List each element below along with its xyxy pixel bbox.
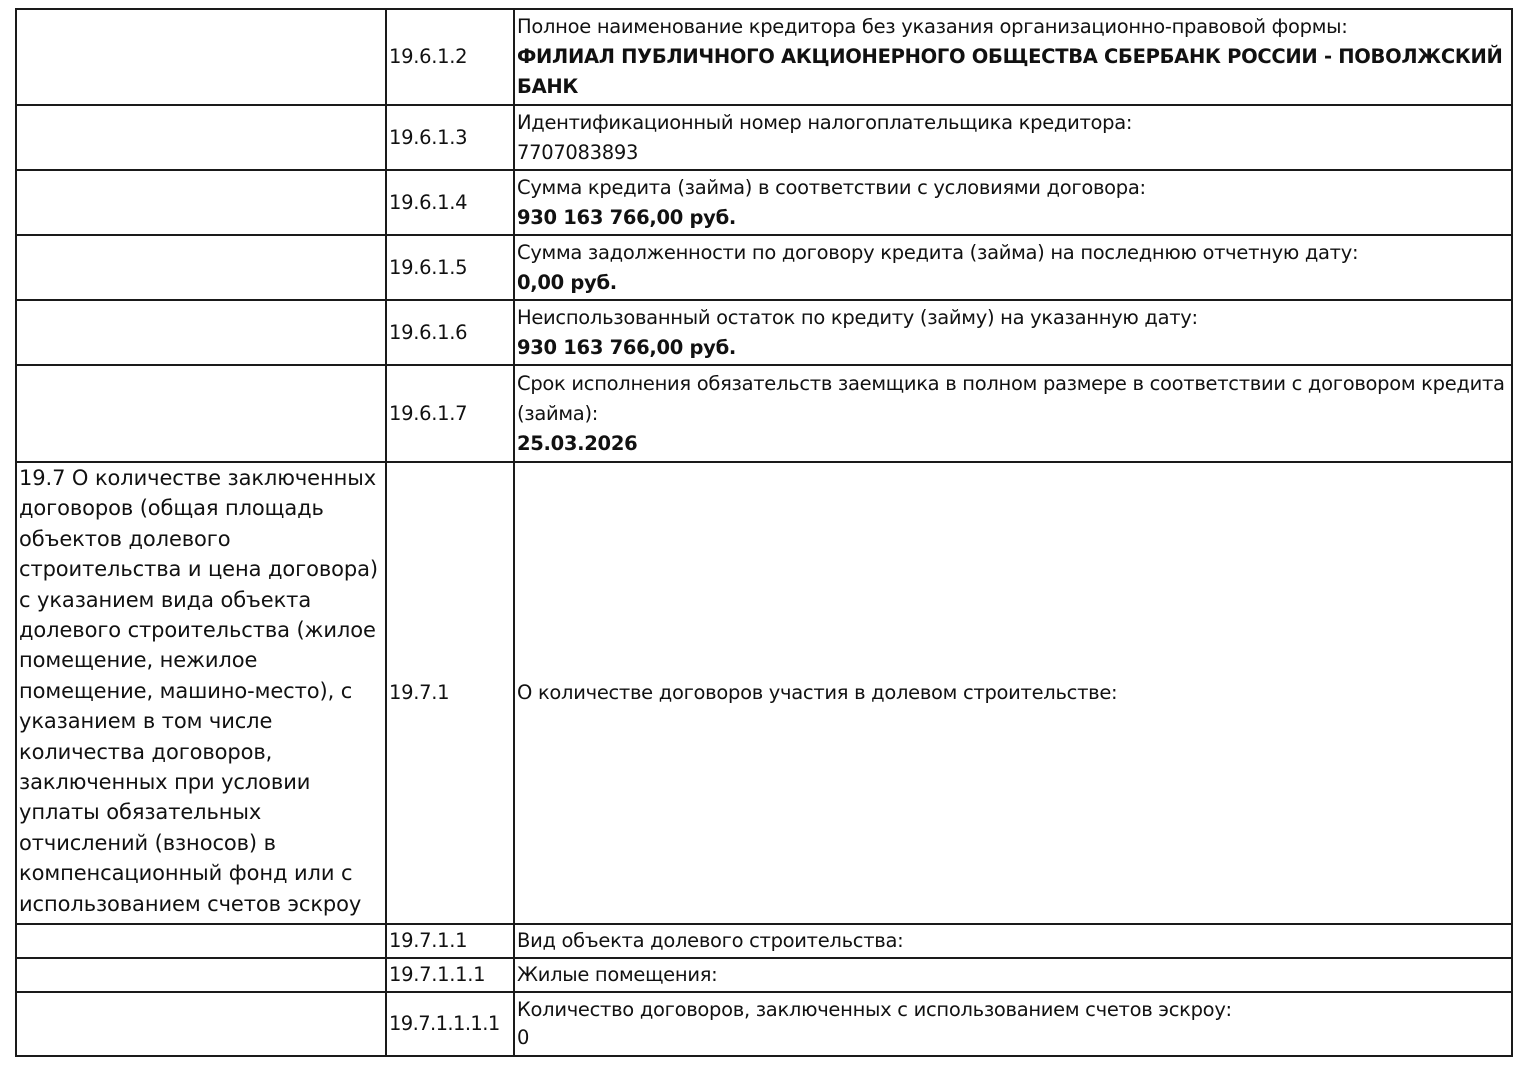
item-value: 25.03.2026 xyxy=(517,429,1509,459)
section-cell xyxy=(16,924,386,958)
item-label: Вид объекта долевого строительства: xyxy=(517,927,1509,955)
table-row: 19.7.1.1 Вид объекта долевого строительс… xyxy=(16,924,1512,958)
table-row: 19.7.1.1.1.1 Количество договоров, заклю… xyxy=(16,992,1512,1056)
item-content: Жилые помещения: xyxy=(514,958,1512,992)
item-content: Неиспользованный остаток по кредиту (зай… xyxy=(514,300,1512,365)
section-cell xyxy=(16,235,386,300)
item-code: 19.6.1.3 xyxy=(386,105,514,170)
item-code: 19.7.1.1.1 xyxy=(386,958,514,992)
section-cell xyxy=(16,300,386,365)
item-code: 19.6.1.2 xyxy=(386,9,514,105)
table-row: 19.7 О количестве заключенных договоров … xyxy=(16,462,1512,924)
item-content: Сумма кредита (займа) в соответствии с у… xyxy=(514,170,1512,235)
table-row: 19.6.1.7 Срок исполнения обязательств за… xyxy=(16,365,1512,462)
table-row: 19.7.1.1.1 Жилые помещения: xyxy=(16,958,1512,992)
item-content: Вид объекта долевого строительства: xyxy=(514,924,1512,958)
disclosure-table: 19.6.1.2 Полное наименование кредитора б… xyxy=(15,8,1513,1057)
item-value: 7707083893 xyxy=(517,138,1509,168)
item-label: Сумма кредита (займа) в соответствии с у… xyxy=(517,173,1509,203)
item-value: 930 163 766,00 руб. xyxy=(517,203,1509,233)
item-label: О количестве договоров участия в долевом… xyxy=(517,678,1509,708)
item-label: Количество договоров, заключенных с испо… xyxy=(517,996,1509,1024)
item-code: 19.7.1.1 xyxy=(386,924,514,958)
section-cell xyxy=(16,992,386,1056)
item-code: 19.6.1.4 xyxy=(386,170,514,235)
item-label: Идентификационный номер налогоплательщик… xyxy=(517,108,1509,138)
item-code: 19.7.1 xyxy=(386,462,514,924)
item-value: 0 xyxy=(517,1024,1509,1052)
item-content: Срок исполнения обязательств заемщика в … xyxy=(514,365,1512,462)
section-cell xyxy=(16,9,386,105)
table-row: 19.6.1.5 Сумма задолженности по договору… xyxy=(16,235,1512,300)
item-label: Полное наименование кредитора без указан… xyxy=(517,12,1509,42)
section-cell xyxy=(16,105,386,170)
item-label: Сумма задолженности по договору кредита … xyxy=(517,238,1509,268)
item-code: 19.7.1.1.1.1 xyxy=(386,992,514,1056)
item-content: Сумма задолженности по договору кредита … xyxy=(514,235,1512,300)
item-content: Полное наименование кредитора без указан… xyxy=(514,9,1512,105)
item-content: О количестве договоров участия в долевом… xyxy=(514,462,1512,924)
item-value: 930 163 766,00 руб. xyxy=(517,333,1509,363)
item-label: Неиспользованный остаток по кредиту (зай… xyxy=(517,303,1509,333)
item-code: 19.6.1.6 xyxy=(386,300,514,365)
table-row: 19.6.1.3 Идентификационный номер налогоп… xyxy=(16,105,1512,170)
item-content: Количество договоров, заключенных с испо… xyxy=(514,992,1512,1056)
item-label: Срок исполнения обязательств заемщика в … xyxy=(517,369,1509,429)
section-cell xyxy=(16,365,386,462)
item-code: 19.6.1.7 xyxy=(386,365,514,462)
item-code: 19.6.1.5 xyxy=(386,235,514,300)
item-label: Жилые помещения: xyxy=(517,961,1509,989)
item-value: 0,00 руб. xyxy=(517,268,1509,298)
table-row: 19.6.1.4 Сумма кредита (займа) в соответ… xyxy=(16,170,1512,235)
section-cell xyxy=(16,170,386,235)
section-heading: 19.7 О количестве заключенных договоров … xyxy=(16,462,386,924)
section-cell xyxy=(16,958,386,992)
item-value: ФИЛИАЛ ПУБЛИЧНОГО АКЦИОНЕРНОГО ОБЩЕСТВА … xyxy=(517,42,1509,102)
table-row: 19.6.1.6 Неиспользованный остаток по кре… xyxy=(16,300,1512,365)
table-row: 19.6.1.2 Полное наименование кредитора б… xyxy=(16,9,1512,105)
item-content: Идентификационный номер налогоплательщик… xyxy=(514,105,1512,170)
